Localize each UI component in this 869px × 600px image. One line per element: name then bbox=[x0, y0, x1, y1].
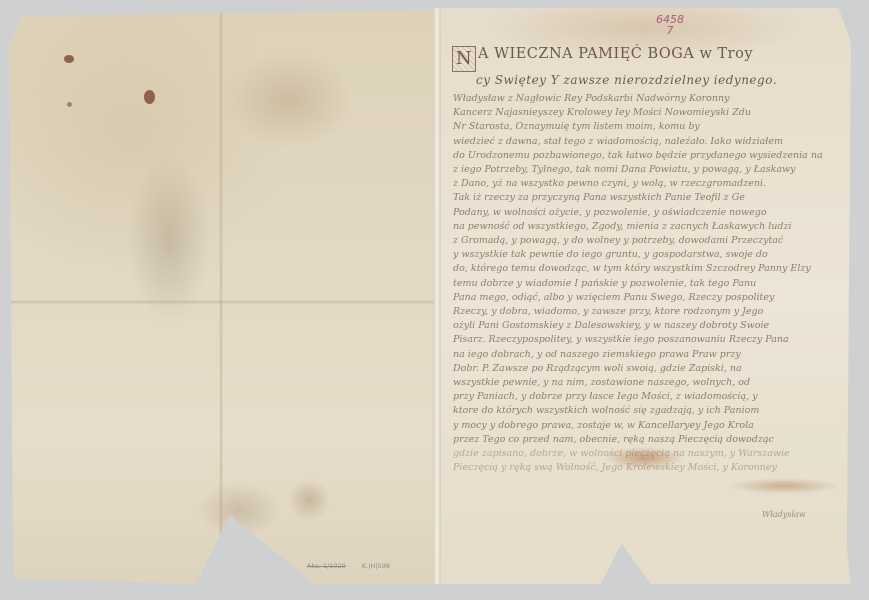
archive-labels: Akc. 1/1020 K.|H|598 bbox=[307, 562, 404, 570]
shelfmark-sub: 7 bbox=[656, 25, 684, 36]
text-line: do, którego temu dowodząc, w tym który w… bbox=[453, 262, 823, 276]
document-heading: NA WIECZNA PAMIĘĆ BOGA w Troy cy Swiętey… bbox=[452, 46, 832, 88]
text-line: wszystkie pewnie, y na nim, zostawione n… bbox=[453, 376, 823, 390]
text-line: przez Tego co przed nam, obecnie, ręką n… bbox=[453, 433, 823, 447]
struck-accession-label: Akc. 1/1020 bbox=[307, 562, 346, 570]
text-line: wiedzieć z dawna, stał tego z wiadomości… bbox=[453, 135, 823, 149]
call-number-label: K.|H|598 bbox=[362, 562, 390, 570]
text-line: ktore do których wszystkich wolność się … bbox=[453, 404, 823, 418]
ink-stain bbox=[64, 55, 74, 63]
signature: Władysław bbox=[762, 510, 806, 519]
decorated-initial: N bbox=[452, 46, 476, 72]
ink-stain bbox=[144, 90, 155, 104]
text-line: Władysław z Nagłowic Rey Podskarbi Nadwó… bbox=[453, 92, 823, 106]
text-line: Nr Starosta, Oznaymuię tym listem moim, … bbox=[453, 120, 823, 134]
text-line: Podany, w wolności ożycie, y pozwolenie,… bbox=[453, 206, 823, 220]
text-line: Dobr. P. Zawsze po Rządzącym woli swoią,… bbox=[453, 362, 823, 376]
text-line: przy Paniach, y dobrze przy łasce Iego M… bbox=[453, 390, 823, 404]
text-line: gdzie zapisano, dobrze, w wolności piecz… bbox=[453, 447, 823, 461]
text-line: z Dano, yż na wszystko pewno czyni, y wo… bbox=[453, 177, 823, 191]
text-line: Tak iż rzeczy za przyczyną Pana wszystki… bbox=[453, 191, 823, 205]
text-line: Kancerz Najasnieyszey Krolowey Iey Mości… bbox=[453, 106, 823, 120]
ink-stain bbox=[67, 102, 72, 107]
shelfmark-annotation: 6458 7 bbox=[656, 14, 684, 36]
text-line: Rzeczy, y dobra, wiadomo, y zawsze przy,… bbox=[453, 305, 823, 319]
text-line: Pana mego, odiąć, albo y wzięciem Panu S… bbox=[453, 291, 823, 305]
text-line: na iego dobrach, y od naszego ziemskiego… bbox=[453, 348, 823, 362]
manuscript-body-text: Władysław z Nagłowic Rey Podskarbi Nadwó… bbox=[453, 92, 823, 475]
fold-line-vertical bbox=[219, 10, 223, 584]
heading-line-1: A WIECZNA PAMIĘĆ BOGA w Troy bbox=[478, 46, 753, 62]
text-line: y wszystkie tak pewnie do iego gruntu, y… bbox=[453, 248, 823, 262]
center-fold-spine bbox=[433, 8, 441, 584]
text-line: z iego Potrzeby, Tylnego, tak nomi Dana … bbox=[453, 163, 823, 177]
text-line: ożyli Pani Gostomskiey z Dalesowskiey, y… bbox=[453, 319, 823, 333]
text-line: do Urodzonemu pozbawionego, tak łatwo bę… bbox=[453, 149, 823, 163]
text-line: na pewność od wszystkiego, Zgody, mienia… bbox=[453, 220, 823, 234]
text-line: z Gromadą, y powagą, y do wolney y potrz… bbox=[453, 234, 823, 248]
fold-line-horizontal bbox=[9, 300, 434, 304]
text-line: Pieczęcią y ręką swą Wolność, Jego Krole… bbox=[453, 461, 823, 475]
left-leaf-blank-verso bbox=[9, 10, 434, 584]
text-line: temu dobrze y wiadomie I pańskie y pozwo… bbox=[453, 277, 823, 291]
text-line: y mocy y dobrego prawa, zostaje w, w Kan… bbox=[453, 419, 823, 433]
text-line: Pisarz. Rzeczypospolitey, y wszystkie ie… bbox=[453, 333, 823, 347]
heading-line-2: cy Swiętey Y zawsze nierozdzielney iedyn… bbox=[476, 72, 832, 88]
